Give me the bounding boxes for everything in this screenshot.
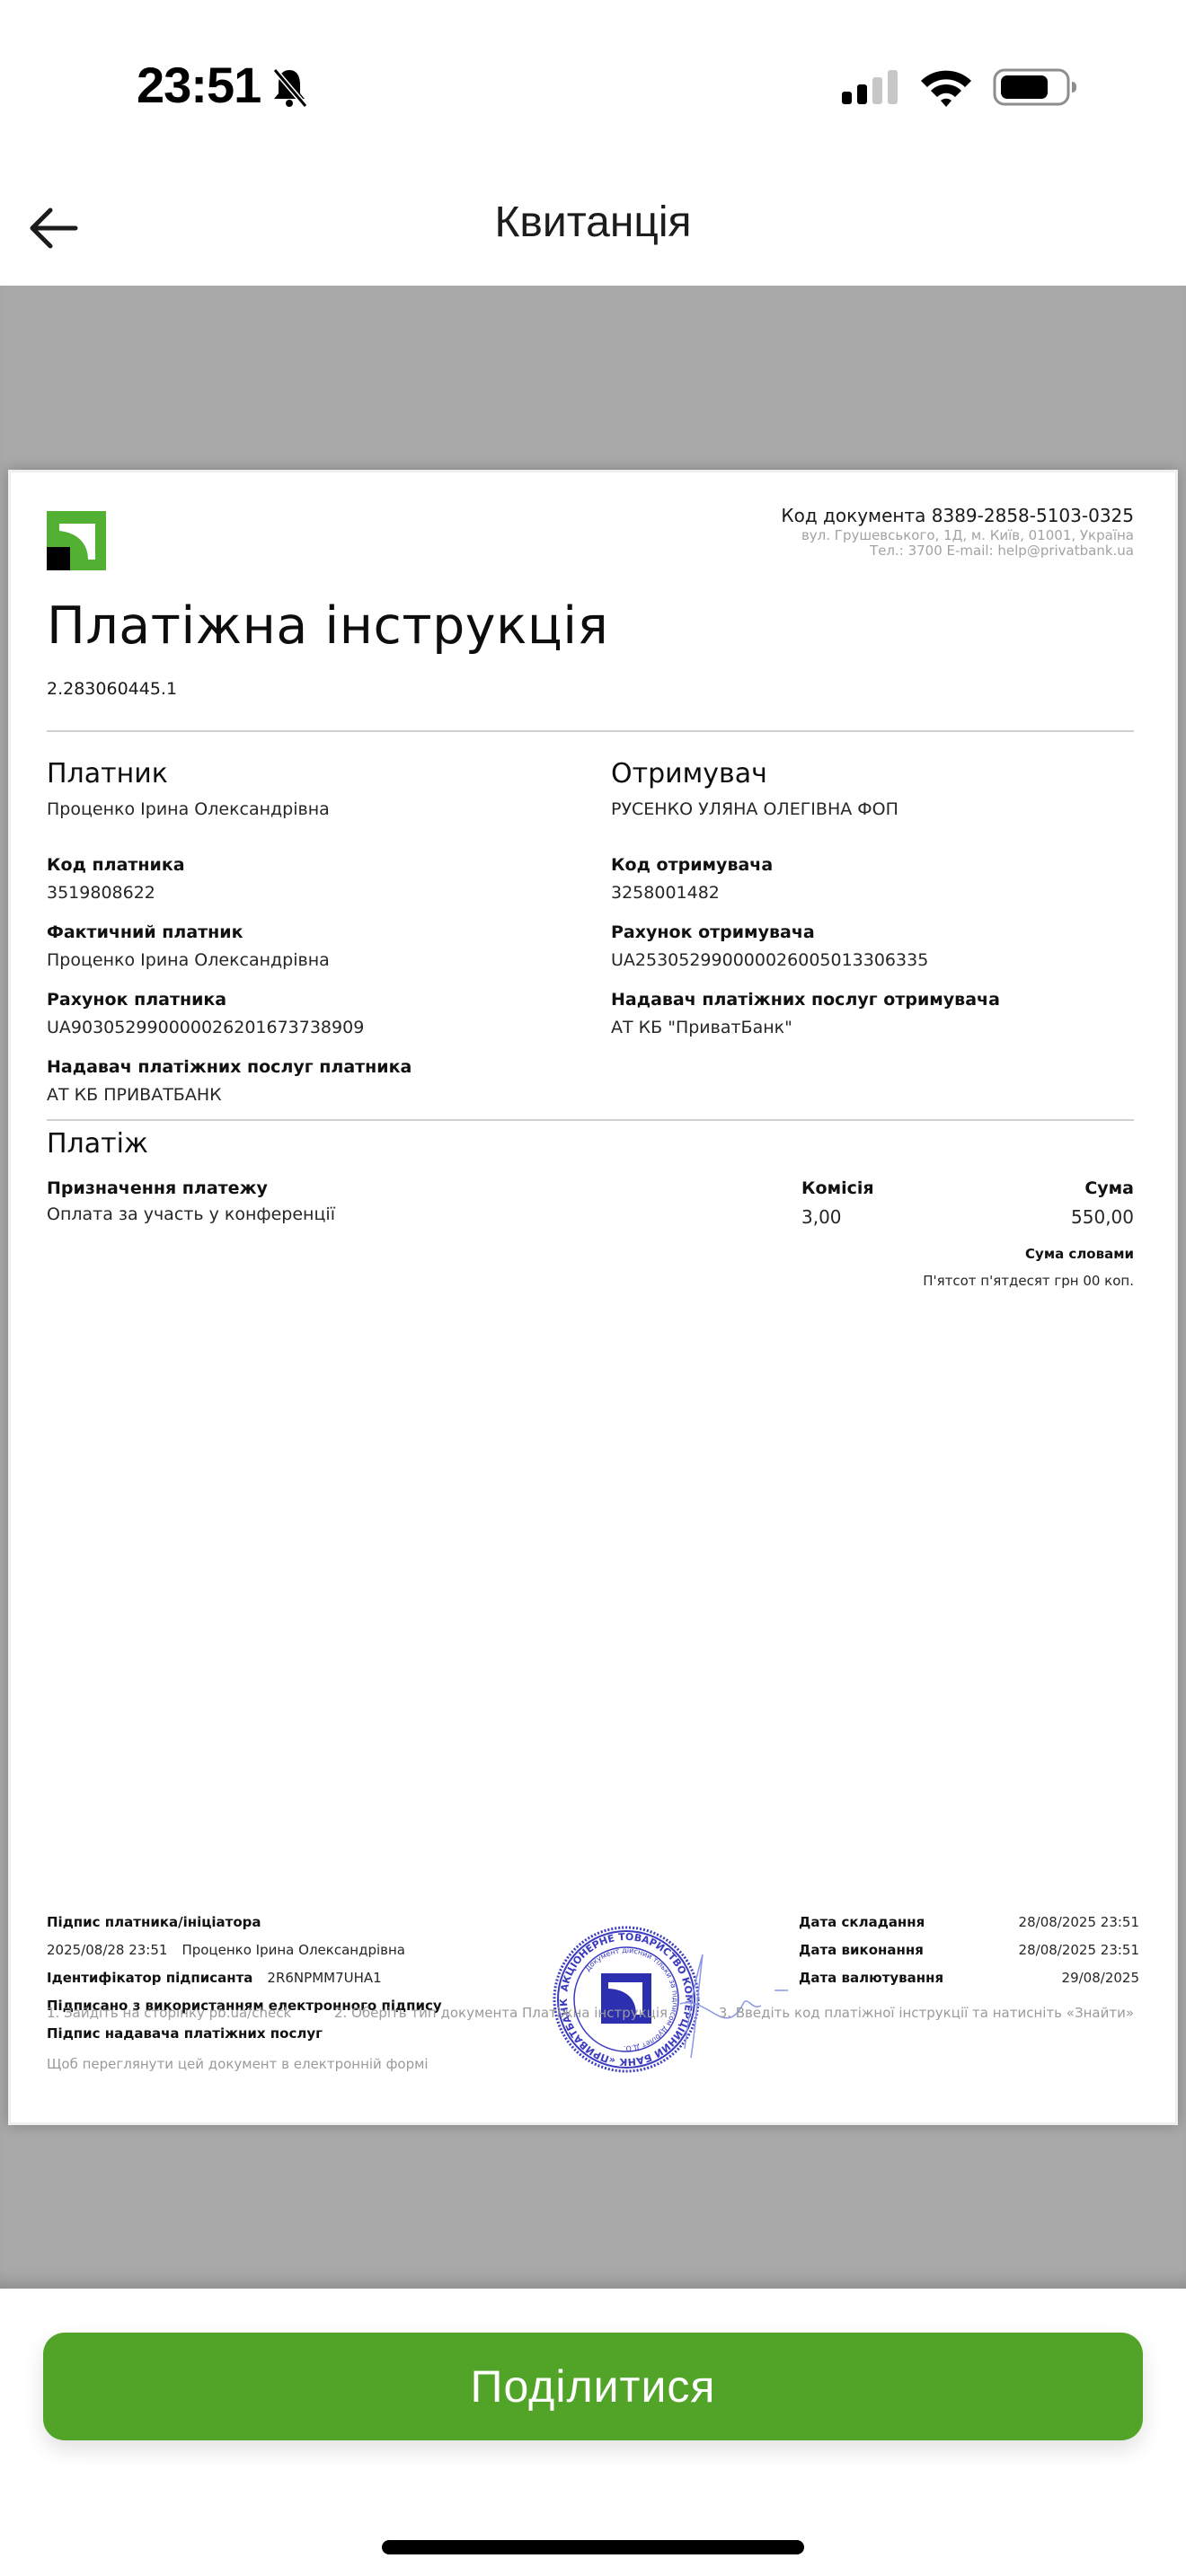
- date-value: 28/08/2025 23:51: [1019, 1913, 1139, 1941]
- wifi-icon: [919, 66, 973, 108]
- bank-address-line: вул. Грушевського, 1Д, м. Київ, 01001, У…: [801, 528, 1134, 543]
- payer-provider-field: Надавач платіжних послуг платника АТ КБ …: [47, 1057, 550, 1105]
- provider-signature-row: Підпис надавача платіжних послуг: [47, 2025, 550, 2052]
- check-step: 1. Зайдіть на сторінку pb.ua/check: [47, 2005, 334, 2021]
- recipient-section: Отримувач РУСЕНКО УЛЯНА ОЛЕГІВНА ФОП Код…: [611, 758, 1114, 1037]
- payer-signature-row: Підпис платника/ініціатора: [47, 1913, 550, 1941]
- view-hint: Щоб переглянути цей документ в електронн…: [47, 2056, 550, 2072]
- bell-slash-icon: [270, 66, 309, 108]
- fee-value: 3,00: [801, 1206, 842, 1228]
- recipient-code-field: Код отримувача 3258001482: [611, 855, 1114, 903]
- document-title: Платіжна інструкція: [47, 596, 608, 656]
- recipient-provider-field: Надавач платіжних послуг отримувача АТ К…: [611, 990, 1114, 1037]
- battery-icon: [992, 66, 1078, 108]
- field-label: Рахунок отримувача: [611, 922, 1114, 942]
- divider: [47, 1119, 1134, 1121]
- field-value: UA903052990000026201673738909: [47, 1018, 550, 1037]
- home-indicator[interactable]: [382, 2540, 804, 2554]
- bank-stamp-icon: АКЦІОНЕРНЕ ТОВАРИСТВО КОМЕРЦІЙНИЙ БАНК «…: [536, 1905, 797, 2094]
- document-code: Код документа 8389-2858-5103-0325: [781, 505, 1134, 526]
- signature-block: Підпис платника/ініціатора 2025/08/28 23…: [47, 1913, 550, 2072]
- sum-words-value: П'ятсот п'ятдесят грн 00 коп.: [923, 1273, 1134, 1289]
- date-label: Дата валютування: [799, 1969, 943, 1997]
- signature-name: Проценко Ірина Олександрівна: [181, 1942, 405, 1958]
- check-step: 2. Оберіть тип документа Платіжна інстру…: [334, 2005, 714, 2021]
- date-row: Дата виконання 28/08/2025 23:51: [799, 1941, 1139, 1969]
- page-title: Квитанція: [0, 198, 1186, 247]
- payer-code-field: Код платника 3519808622: [47, 855, 550, 903]
- recipient-heading: Отримувач: [611, 758, 1114, 796]
- signature-details-row: 2025/08/28 23:51Проценко Ірина Олександр…: [47, 1941, 550, 1969]
- share-button[interactable]: Поділитися: [43, 2333, 1143, 2440]
- receipt-document: Код документа 8389-2858-5103-0325 вул. Г…: [8, 470, 1178, 2125]
- payer-heading: Платник: [47, 758, 550, 796]
- status-time: 23:51: [137, 56, 261, 114]
- sum-value: 550,00: [1071, 1206, 1134, 1228]
- field-value: UA253052990000026005013306335: [611, 950, 1114, 970]
- date-value: 28/08/2025 23:51: [1019, 1941, 1139, 1969]
- payer-account-field: Рахунок платника UA903052990000026201673…: [47, 990, 550, 1037]
- date-row: Дата валютування 29/08/2025: [799, 1969, 1139, 1997]
- field-value: 3519808622: [47, 883, 550, 903]
- field-value: Проценко Ірина Олександрівна: [47, 950, 550, 970]
- recipient-name: РУСЕНКО УЛЯНА ОЛЕГІВНА ФОП: [611, 799, 1114, 819]
- field-label: Надавач платіжних послуг отримувача: [611, 990, 1114, 1010]
- privatbank-logo: [47, 511, 106, 570]
- fee-label: Комісія: [801, 1178, 874, 1198]
- date-label: Дата складання: [799, 1913, 925, 1941]
- field-label: Код отримувача: [611, 855, 1114, 875]
- purpose-value: Оплата за участь у конференції: [47, 1204, 335, 1224]
- payment-heading: Платіж: [47, 1128, 148, 1160]
- signer-id-row: Ідентифікатор підписанта2R6NPMM7UHA1: [47, 1969, 550, 1997]
- divider: [47, 730, 1134, 732]
- document-number: 2.283060445.1: [47, 679, 177, 699]
- check-step: 3. Введіть код платіжної інструкції та н…: [714, 2005, 1134, 2021]
- signer-id-value: 2R6NPMM7UHA1: [267, 1970, 381, 1986]
- payer-section: Платник Проценко Ірина Олександрівна Код…: [47, 758, 550, 1105]
- dates-block: Дата складання 28/08/2025 23:51 Дата вик…: [799, 1913, 1139, 1997]
- sum-label: Сума: [1084, 1178, 1134, 1198]
- provider-signature-label: Підпис надавача платіжних послуг: [47, 2025, 323, 2042]
- nav-header: Квитанція: [0, 171, 1186, 286]
- document-viewer[interactable]: Код документа 8389-2858-5103-0325 вул. Г…: [0, 286, 1186, 2289]
- bank-address: вул. Грушевського, 1Д, м. Київ, 01001, У…: [801, 528, 1134, 559]
- payer-signature-label: Підпис платника/ініціатора: [47, 1914, 261, 1930]
- sum-words-label: Сума словами: [1025, 1246, 1134, 1262]
- actual-payer-field: Фактичний платник Проценко Ірина Олексан…: [47, 922, 550, 970]
- date-value: 29/08/2025: [1062, 1969, 1139, 1997]
- date-label: Дата виконання: [799, 1941, 924, 1969]
- field-value: 3258001482: [611, 883, 1114, 903]
- payer-name: Проценко Ірина Олександрівна: [47, 799, 550, 819]
- recipient-account-field: Рахунок отримувача UA2530529900000260050…: [611, 922, 1114, 970]
- cellular-signal-icon: [840, 66, 899, 108]
- date-row: Дата складання 28/08/2025 23:51: [799, 1913, 1139, 1941]
- signer-id-label: Ідентифікатор підписанта: [47, 1970, 252, 1986]
- field-value: АТ КБ "ПриватБанк": [611, 1018, 1114, 1037]
- check-steps: 1. Зайдіть на сторінку pb.ua/check 2. Об…: [47, 2005, 1134, 2021]
- bank-contacts: Тел.: 3700 E-mail: help@privatbank.ua: [801, 543, 1134, 559]
- signature-datetime: 2025/08/28 23:51: [47, 1942, 167, 1958]
- field-label: Надавач платіжних послуг платника: [47, 1057, 550, 1077]
- field-label: Рахунок платника: [47, 990, 550, 1010]
- field-value: АТ КБ ПРИВАТБАНК: [47, 1085, 550, 1105]
- purpose-label: Призначення платежу: [47, 1178, 268, 1198]
- field-label: Код платника: [47, 855, 550, 875]
- status-bar: 23:51: [0, 0, 1186, 171]
- field-label: Фактичний платник: [47, 922, 550, 942]
